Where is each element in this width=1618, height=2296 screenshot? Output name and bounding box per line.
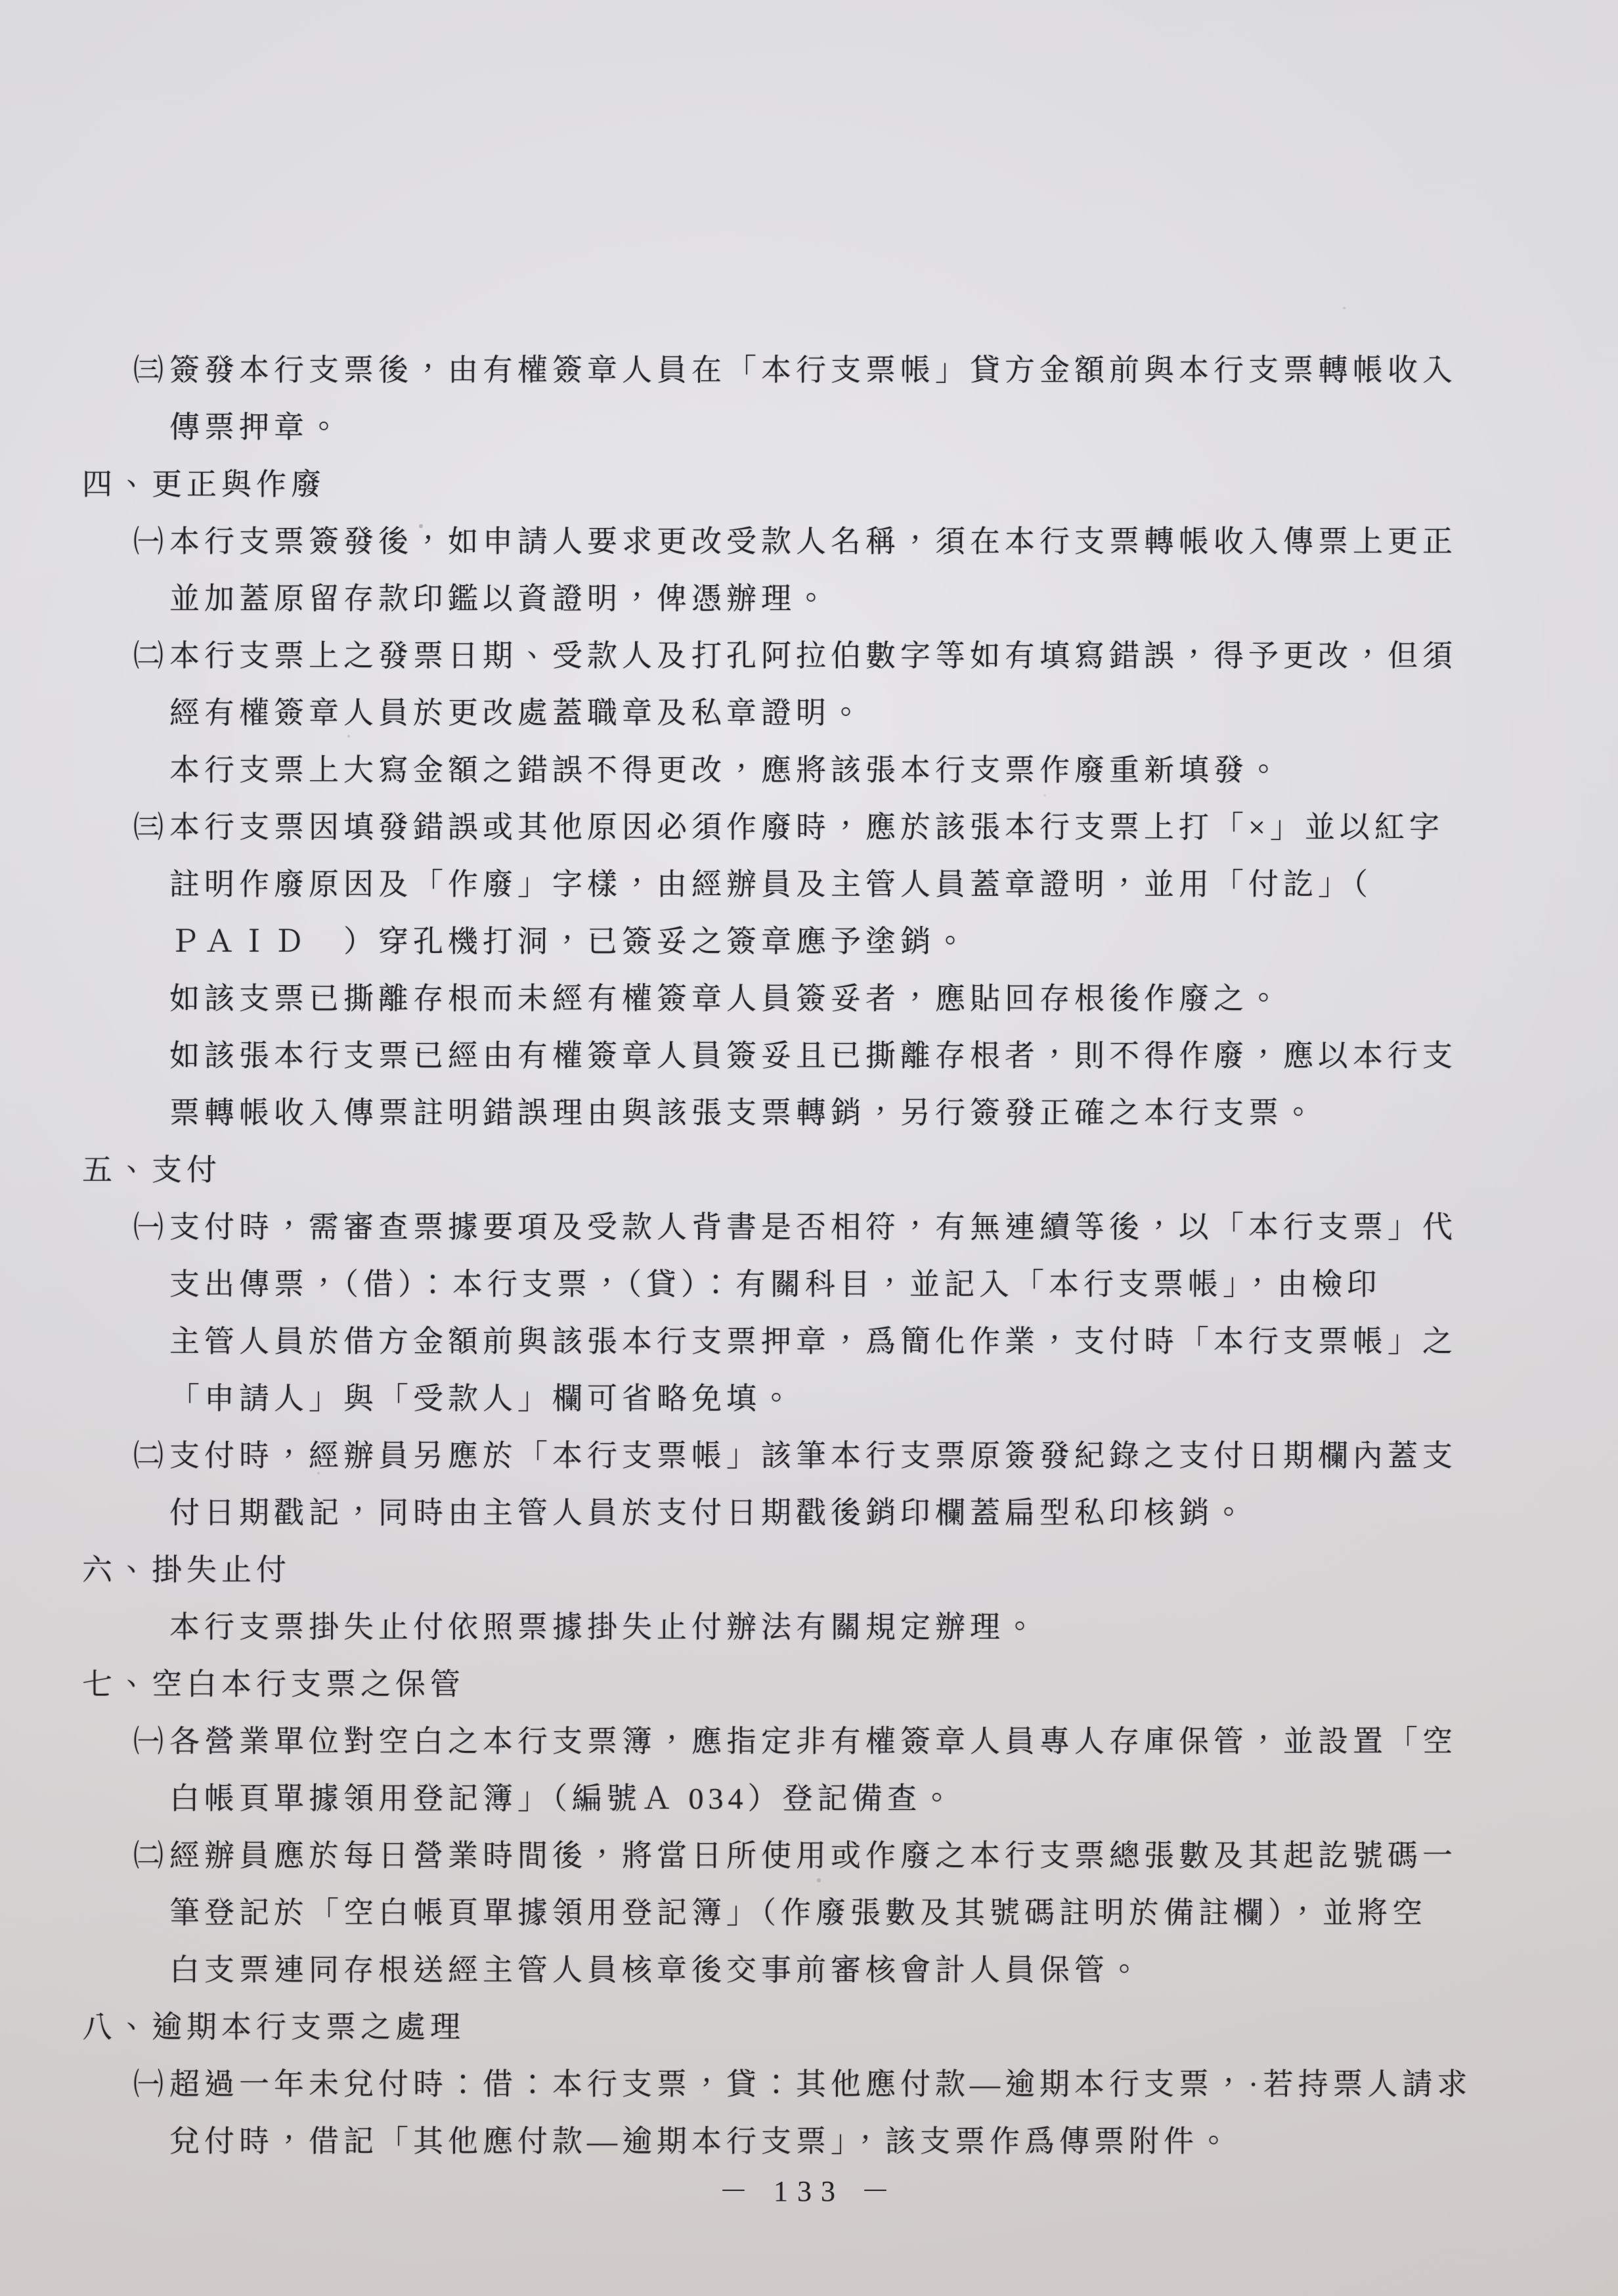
line-text: 支出傳票，（借）：本行支票，（貸）：有關科目，並記入「本行支票帳」，由檢印 [169,1268,1382,1301]
text-line: ㈢簽發本行支票後，由有權簽章人員在「本行支票帳」貸方金額前與本行支票轉帳收入 [0,342,1618,399]
text-line: 付日期戳記，同時由主管人員於支付日期戳後銷印欄蓋扁型私印核銷。 [0,1484,1618,1541]
line-text: 經辦員應於每日營業時間後，將當日所使用或作廢之本行支票總張數及其起訖號碼一 [169,1839,1457,1872]
item-marker: ㈢ [133,799,169,856]
text-line: ㈠各營業單位對空白之本行支票簿，應指定非有權簽章人員專人存庫保管，並設置「空 [0,1713,1618,1770]
text-line: ㈢本行支票因填發錯誤或其他原因必須作廢時，應於該張本行支票上打「×」並以紅字 [0,799,1618,856]
line-text: 四、更正與作廢 [82,468,326,501]
scan-speck-layer [0,0,1,1]
line-text: 本行支票因填發錯誤或其他原因必須作廢時，應於該張本行支票上打「×」並以紅字 [169,810,1444,844]
line-text: ＰＡＩＤ ）穿孔機打洞，已簽妥之簽章應予塗銷。 [169,925,970,958]
text-line: 白帳頁單據領用登記簿」（編號Ａ 034）登記備查。 [0,1770,1618,1827]
text-line: 票轉帳收入傳票註明錯誤理由與該張支票轉銷，另行簽發正確之本行支票。 [0,1084,1618,1141]
line-text: 五、支付 [82,1153,221,1187]
line-text: 本行支票掛失止付依照票據掛失止付辦法有關規定辦理。 [169,1610,1039,1644]
line-text: 本行支票簽發後，如申請人要求更改受款人名稱，須在本行支票轉帳收入傳票上更正 [169,525,1457,558]
text-line: 傳票押章。 [0,399,1618,456]
text-line: 白支票連同存根送經主管人員核章後交事前審核會計人員保管。 [0,1941,1618,1998]
line-text: 如該支票已撕離存根而未經有權簽章人員簽妥者，應貼回存根後作廢之。 [169,982,1283,1015]
text-line: 本行支票掛失止付依照票據掛失止付辦法有關規定辦理。 [0,1599,1618,1656]
text-line: 並加蓋原留存款印鑑以資證明，俾憑辦理。 [0,570,1618,627]
text-line: 如該張本行支票已經由有權簽章人員簽妥且已撕離存根者，則不得作廢，應以本行支 [0,1027,1618,1084]
item-marker: ㈠ [133,1713,169,1770]
line-text: 八、逾期本行支票之處理 [82,2010,465,2044]
text-line: ㈠本行支票簽發後，如申請人要求更改受款人名稱，須在本行支票轉帳收入傳票上更正 [0,513,1618,570]
text-line: ㈠超過一年未兌付時：借：本行支票，貸：其他應付款—逾期本行支票，·若持票人請求 [0,2056,1618,2113]
text-line: 本行支票上大寫金額之錯誤不得更改，應將該張本行支票作廢重新填發。 [0,741,1618,799]
line-text: 主管人員於借方金額前與該張本行支票押章，爲簡化作業，支付時「本行支票帳」之 [169,1325,1457,1358]
text-line: 四、更正與作廢 [0,456,1618,513]
text-line: ㈡支付時，經辦員另應於「本行支票帳」該筆本行支票原簽發紀錄之支付日期欄內蓋支 [0,1427,1618,1484]
line-text: 本行支票上大寫金額之錯誤不得更改，應將該張本行支票作廢重新填發。 [169,753,1283,787]
text-line: 六、掛失止付 [0,1541,1618,1599]
line-text: 白帳頁單據領用登記簿」（編號Ａ 034）登記備查。 [169,1782,957,1815]
line-text: 六、掛失止付 [82,1553,291,1587]
line-text: 經有權簽章人員於更改處蓋職章及私章證明。 [169,696,865,730]
text-line: 七、空白本行支票之保管 [0,1656,1618,1713]
line-text: 如該張本行支票已經由有權簽章人員簽妥且已撕離存根者，則不得作廢，應以本行支 [169,1039,1457,1072]
item-marker: ㈡ [133,1427,169,1484]
text-line: 「申請人」與「受款人」欄可省略免填。 [0,1370,1618,1427]
text-line: 兌付時，借記「其他應付款—逾期本行支票」，該支票作爲傳票附件。 [0,2113,1618,2170]
line-text: 並加蓋原留存款印鑑以資證明，俾憑辦理。 [169,582,831,615]
text-line: ㈡本行支票上之發票日期、受款人及打孔阿拉伯數字等如有填寫錯誤，得予更改，但須 [0,627,1618,684]
item-marker: ㈡ [133,1827,169,1884]
line-text: 白支票連同存根送經主管人員核章後交事前審核會計人員保管。 [169,1953,1144,1987]
item-marker: ㈠ [133,1199,169,1256]
text-line: 註明作廢原因及「作廢」字樣，由經辦員及主管人員蓋章證明，並用「付訖」（ [0,856,1618,913]
line-text: 票轉帳收入傳票註明錯誤理由與該張支票轉銷，另行簽發正確之本行支票。 [169,1096,1318,1130]
line-text: 超過一年未兌付時：借：本行支票，貸：其他應付款—逾期本行支票，·若持票人請求 [169,2067,1472,2101]
text-line: 經有權簽章人員於更改處蓋職章及私章證明。 [0,684,1618,741]
line-text: 本行支票上之發票日期、受款人及打孔阿拉伯數字等如有填寫錯誤，得予更改，但須 [169,639,1457,673]
scanned-document-page: ㈢簽發本行支票後，由有權簽章人員在「本行支票帳」貸方金額前與本行支票轉帳收入傳票… [0,0,1618,2296]
text-line: 如該支票已撕離存根而未經有權簽章人員簽妥者，應貼回存根後作廢之。 [0,970,1618,1027]
text-line: 五、支付 [0,1141,1618,1199]
line-text: 「申請人」與「受款人」欄可省略免填。 [169,1382,796,1415]
line-text: 註明作廢原因及「作廢」字樣，由經辦員及主管人員蓋章證明，並用「付訖」（ [169,868,1372,901]
text-line: ＰＡＩＤ ）穿孔機打洞，已簽妥之簽章應予塗銷。 [0,913,1618,970]
text-line: ㈡經辦員應於每日營業時間後，將當日所使用或作廢之本行支票總張數及其起訖號碼一 [0,1827,1618,1884]
item-marker: ㈠ [133,513,169,570]
item-marker: ㈠ [133,2056,169,2113]
text-line: 八、逾期本行支票之處理 [0,1998,1618,2056]
line-text: 各營業單位對空白之本行支票簿，應指定非有權簽章人員專人存庫保管，並設置「空 [169,1725,1457,1758]
text-line: 支出傳票，（借）：本行支票，（貸）：有關科目，並記入「本行支票帳」，由檢印 [0,1256,1618,1313]
line-text: 七、空白本行支票之保管 [82,1667,465,1701]
line-text: 筆登記於「空白帳頁單據領用登記簿」（作廢張數及其號碼註明於備註欄），並將空 [169,1896,1427,1930]
item-marker: ㈡ [133,627,169,684]
item-marker: ㈢ [133,342,169,399]
document-body: ㈢簽發本行支票後，由有權簽章人員在「本行支票帳」貸方金額前與本行支票轉帳收入傳票… [0,342,1618,2170]
text-line: 筆登記於「空白帳頁單據領用登記簿」（作廢張數及其號碼註明於備註欄），並將空 [0,1884,1618,1941]
line-text: 兌付時，借記「其他應付款—逾期本行支票」，該支票作爲傳票附件。 [169,2125,1233,2158]
page-number: － 133 － [0,2167,1618,2209]
line-text: 支付時，需審查票據要項及受款人背書是否相符，有無連續等後，以「本行支票」代 [169,1210,1457,1244]
line-text: 簽發本行支票後，由有權簽章人員在「本行支票帳」貸方金額前與本行支票轉帳收入 [169,353,1457,387]
text-line: 主管人員於借方金額前與該張本行支票押章，爲簡化作業，支付時「本行支票帳」之 [0,1313,1618,1370]
text-line: ㈠支付時，需審查票據要項及受款人背書是否相符，有無連續等後，以「本行支票」代 [0,1199,1618,1256]
line-text: 付日期戳記，同時由主管人員於支付日期戳後銷印欄蓋扁型私印核銷。 [169,1496,1248,1530]
line-text: 支付時，經辦員另應於「本行支票帳」該筆本行支票原簽發紀錄之支付日期欄內蓋支 [169,1439,1457,1472]
line-text: 傳票押章。 [169,410,343,444]
